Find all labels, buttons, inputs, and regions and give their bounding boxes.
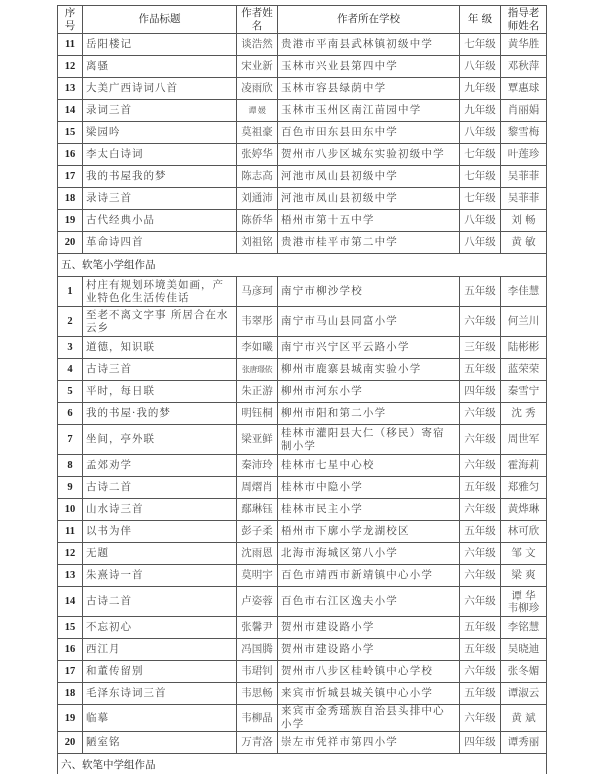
school-cell: 河池市凤山县初级中学 <box>278 188 460 210</box>
seq-cell: 18 <box>58 683 83 705</box>
school-cell: 南宁市兴宁区平云路小学 <box>278 337 460 359</box>
author-cell: 韦柳晶 <box>237 705 278 732</box>
title-cell: 坐间，亭外联 <box>83 425 237 455</box>
school-cell: 玉林市兴业县第四中学 <box>278 56 460 78</box>
teacher-cell: 陆彬彬 <box>501 337 547 359</box>
seq-cell: 3 <box>58 337 83 359</box>
author-cell: 冯国腾 <box>237 639 278 661</box>
grade-cell: 六年级 <box>460 661 501 683</box>
section-heading-primary-soft-brush-row: 五、软笔小学组作品 <box>58 254 547 277</box>
table-row: 18录诗三首刘通沛河池市凤山县初级中学七年级吴菲菲 <box>58 188 547 210</box>
title-cell: 我的书屋我的梦 <box>83 166 237 188</box>
grade-cell: 五年级 <box>460 639 501 661</box>
teacher-cell: 霍海莉 <box>501 455 547 477</box>
author-cell: 梁亚鲜 <box>237 425 278 455</box>
grade-cell: 四年级 <box>460 381 501 403</box>
header-seq: 序号 <box>58 6 83 34</box>
grade-cell: 六年级 <box>460 587 501 617</box>
title-cell: 和董传留别 <box>83 661 237 683</box>
school-cell: 梧州市下廓小学龙湖校区 <box>278 521 460 543</box>
school-cell: 贵港市平南县武林镇初级中学 <box>278 34 460 56</box>
teacher-cell: 张冬媚 <box>501 661 547 683</box>
author-cell: 刘通沛 <box>237 188 278 210</box>
seq-cell: 15 <box>58 122 83 144</box>
table-row: 20革命诗四首刘祖铭贵港市桂平市第二中学八年级黄 敏 <box>58 232 547 254</box>
grade-cell: 五年级 <box>460 277 501 307</box>
seq-cell: 8 <box>58 455 83 477</box>
teacher-cell: 郑雅匀 <box>501 477 547 499</box>
teacher-cell: 李佳慧 <box>501 277 547 307</box>
header-teacher: 指导老师姓名 <box>501 6 547 34</box>
author-cell: 卢姿蓉 <box>237 587 278 617</box>
title-cell: 古诗二首 <box>83 477 237 499</box>
header-title: 作品标题 <box>83 6 237 34</box>
table-row: 3道德，知识联李如曦南宁市兴宁区平云路小学三年级陆彬彬 <box>58 337 547 359</box>
table-row: 15梁园吟莫祖豪百色市田东县田东中学八年级黎雪梅 <box>58 122 547 144</box>
grade-cell: 八年级 <box>460 56 501 78</box>
table-row: 1村庄有规划环境美如画，产业特色化生活传佳话马彦珂南宁市柳沙学校五年级李佳慧 <box>58 277 547 307</box>
table-row: 14录词三首谭 媛玉林市玉州区南江苗园中学九年级肖丽娟 <box>58 100 547 122</box>
title-cell: 临摹 <box>83 705 237 732</box>
school-cell: 贺州市八步区城东实验初级中学 <box>278 144 460 166</box>
teacher-cell: 秦雪宁 <box>501 381 547 403</box>
seq-cell: 10 <box>58 499 83 521</box>
table-row: 6我的书屋·我的梦明钰桐柳州市阳和第二小学六年级沈 秀 <box>58 403 547 425</box>
title-cell: 孟郊劝学 <box>83 455 237 477</box>
table-row: 16李太白诗词张婷华贺州市八步区城东实验初级中学七年级叶莲珍 <box>58 144 547 166</box>
teacher-cell: 肖丽娟 <box>501 100 547 122</box>
school-cell: 南宁市马山县同富小学 <box>278 307 460 337</box>
grade-cell: 六年级 <box>460 425 501 455</box>
author-cell: 韦翠彤 <box>237 307 278 337</box>
school-cell: 桂林市七星中心校 <box>278 455 460 477</box>
school-cell: 柳州市阳和第二小学 <box>278 403 460 425</box>
seq-cell: 16 <box>58 639 83 661</box>
seq-cell: 14 <box>58 587 83 617</box>
table-row: 20陋室铭万青洛崇左市凭祥市第四小学四年级谭秀丽 <box>58 732 547 754</box>
title-cell: 我的书屋·我的梦 <box>83 403 237 425</box>
author-cell: 陈侨华 <box>237 210 278 232</box>
school-cell: 来宾市忻城县城关镇中心小学 <box>278 683 460 705</box>
table-row: 13大美广西诗词八首凌雨欣玉林市容县绿荫中学九年级覃惠球 <box>58 78 547 100</box>
author-cell: 宋业新 <box>237 56 278 78</box>
header-school: 作者所在学校 <box>278 6 460 34</box>
school-cell: 南宁市柳沙学校 <box>278 277 460 307</box>
school-cell: 北海市海城区第八小学 <box>278 543 460 565</box>
table-row: 14古诗二首卢姿蓉百色市右江区逸夫小学六年级谭 华 韦柳珍 <box>58 587 547 617</box>
title-cell: 古诗三首 <box>83 359 237 381</box>
teacher-cell: 覃惠球 <box>501 78 547 100</box>
grade-cell: 四年级 <box>460 732 501 754</box>
seq-cell: 17 <box>58 661 83 683</box>
seq-cell: 2 <box>58 307 83 337</box>
author-cell: 周熠肖 <box>237 477 278 499</box>
school-cell: 玉林市容县绿荫中学 <box>278 78 460 100</box>
seq-cell: 17 <box>58 166 83 188</box>
title-cell: 岳阳楼记 <box>83 34 237 56</box>
title-cell: 录诗三首 <box>83 188 237 210</box>
teacher-cell: 邹 文 <box>501 543 547 565</box>
seq-cell: 5 <box>58 381 83 403</box>
teacher-cell: 吴菲菲 <box>501 166 547 188</box>
author-cell: 鄢琳钰 <box>237 499 278 521</box>
seq-cell: 13 <box>58 565 83 587</box>
grade-cell: 三年级 <box>460 337 501 359</box>
teacher-cell: 蓝荣荣 <box>501 359 547 381</box>
seq-cell: 4 <box>58 359 83 381</box>
grade-cell: 五年级 <box>460 521 501 543</box>
grade-cell: 五年级 <box>460 359 501 381</box>
author-cell: 韦珺钊 <box>237 661 278 683</box>
table-row: 19临摹韦柳晶来宾市金秀瑶族自治县头排中心小学六年级黄 斌 <box>58 705 547 732</box>
seq-cell: 14 <box>58 100 83 122</box>
teacher-cell: 谭淑云 <box>501 683 547 705</box>
school-cell: 梧州市第十五中学 <box>278 210 460 232</box>
table-row: 7坐间，亭外联梁亚鲜桂林市灌阳县大仁（移民）寄宿制小学六年级周世军 <box>58 425 547 455</box>
header-author: 作者姓名 <box>237 6 278 34</box>
teacher-cell: 叶莲珍 <box>501 144 547 166</box>
title-cell: 离骚 <box>83 56 237 78</box>
title-cell: 古代经典小品 <box>83 210 237 232</box>
table-row: 17和董传留别韦珺钊贺州市八步区桂岭镇中心学校六年级张冬媚 <box>58 661 547 683</box>
grade-cell: 九年级 <box>460 100 501 122</box>
grade-cell: 七年级 <box>460 34 501 56</box>
table-row: 11以书为伴彭子柔梧州市下廓小学龙湖校区五年级林可欣 <box>58 521 547 543</box>
title-cell: 陋室铭 <box>83 732 237 754</box>
seq-cell: 15 <box>58 617 83 639</box>
author-cell: 凌雨欣 <box>237 78 278 100</box>
grade-cell: 九年级 <box>460 78 501 100</box>
school-cell: 玉林市玉州区南江苗园中学 <box>278 100 460 122</box>
author-cell: 朱正游 <box>237 381 278 403</box>
table-row: 12无题沈雨恩北海市海城区第八小学六年级邹 文 <box>58 543 547 565</box>
title-cell: 平时，每日联 <box>83 381 237 403</box>
table-row: 9古诗二首周熠肖桂林市中隐小学五年级郑雅匀 <box>58 477 547 499</box>
title-cell: 山水诗三首 <box>83 499 237 521</box>
title-cell: 革命诗四首 <box>83 232 237 254</box>
grade-cell: 六年级 <box>460 403 501 425</box>
title-cell: 录词三首 <box>83 100 237 122</box>
title-cell: 西江月 <box>83 639 237 661</box>
teacher-cell: 沈 秀 <box>501 403 547 425</box>
teacher-cell: 邓秋萍 <box>501 56 547 78</box>
table-body: 11岳阳楼记谈浩然贵港市平南县武林镇初级中学七年级黄华胜12离骚宋业新玉林市兴业… <box>58 34 547 774</box>
seq-cell: 16 <box>58 144 83 166</box>
grade-cell: 七年级 <box>460 144 501 166</box>
teacher-cell: 吴晓迪 <box>501 639 547 661</box>
seq-cell: 19 <box>58 705 83 732</box>
title-cell: 朱熹诗一首 <box>83 565 237 587</box>
teacher-cell: 黎雪梅 <box>501 122 547 144</box>
author-cell: 张馨尹 <box>237 617 278 639</box>
table-row: 11岳阳楼记谈浩然贵港市平南县武林镇初级中学七年级黄华胜 <box>58 34 547 56</box>
seq-cell: 6 <box>58 403 83 425</box>
teacher-cell: 吴菲菲 <box>501 188 547 210</box>
seq-cell: 13 <box>58 78 83 100</box>
grade-cell: 六年级 <box>460 499 501 521</box>
author-cell: 谭 媛 <box>237 100 278 122</box>
school-cell: 百色市田东县田东中学 <box>278 122 460 144</box>
title-cell: 无题 <box>83 543 237 565</box>
grade-cell: 八年级 <box>460 232 501 254</box>
school-cell: 百色市靖西市新靖镇中心小学 <box>278 565 460 587</box>
teacher-cell: 黄华胜 <box>501 34 547 56</box>
table-row: 4古诗三首张唐璟依柳州市鹿寨县城南实验小学五年级蓝荣荣 <box>58 359 547 381</box>
seq-cell: 20 <box>58 732 83 754</box>
teacher-cell: 黄 敏 <box>501 232 547 254</box>
author-cell: 陈志高 <box>237 166 278 188</box>
teacher-cell: 谭秀丽 <box>501 732 547 754</box>
table-row: 18毛泽东诗词三首韦思畅来宾市忻城县城关镇中心小学五年级谭淑云 <box>58 683 547 705</box>
school-cell: 桂林市中隐小学 <box>278 477 460 499</box>
seq-cell: 7 <box>58 425 83 455</box>
table-row: 15不忘初心张馨尹贺州市建设路小学五年级李铭慧 <box>58 617 547 639</box>
grade-cell: 七年级 <box>460 188 501 210</box>
section-heading-primary-soft-brush: 五、软笔小学组作品 <box>58 254 547 277</box>
teacher-cell: 刘 畅 <box>501 210 547 232</box>
school-cell: 桂林市民主小学 <box>278 499 460 521</box>
title-cell: 梁园吟 <box>83 122 237 144</box>
title-cell: 道德，知识联 <box>83 337 237 359</box>
author-cell: 莫明宇 <box>237 565 278 587</box>
seq-cell: 12 <box>58 543 83 565</box>
author-cell: 明钰桐 <box>237 403 278 425</box>
seq-cell: 18 <box>58 188 83 210</box>
title-cell: 古诗二首 <box>83 587 237 617</box>
grade-cell: 五年级 <box>460 683 501 705</box>
author-cell: 马彦珂 <box>237 277 278 307</box>
seq-cell: 11 <box>58 34 83 56</box>
table-row: 10山水诗三首鄢琳钰桂林市民主小学六年级黄烨琳 <box>58 499 547 521</box>
title-cell: 毛泽东诗词三首 <box>83 683 237 705</box>
table-row: 5平时，每日联朱正游柳州市河东小学四年级秦雪宁 <box>58 381 547 403</box>
seq-cell: 1 <box>58 277 83 307</box>
header-grade: 年 级 <box>460 6 501 34</box>
school-cell: 崇左市凭祥市第四小学 <box>278 732 460 754</box>
author-cell: 刘祖铭 <box>237 232 278 254</box>
teacher-cell: 黄烨琳 <box>501 499 547 521</box>
author-cell: 李如曦 <box>237 337 278 359</box>
grade-cell: 六年级 <box>460 565 501 587</box>
author-cell: 谈浩然 <box>237 34 278 56</box>
teacher-cell: 黄 斌 <box>501 705 547 732</box>
school-cell: 柳州市鹿寨县城南实验小学 <box>278 359 460 381</box>
grade-cell: 六年级 <box>460 307 501 337</box>
title-cell: 李太白诗词 <box>83 144 237 166</box>
table-row: 17我的书屋我的梦陈志高河池市凤山县初级中学七年级吴菲菲 <box>58 166 547 188</box>
grade-cell: 六年级 <box>460 705 501 732</box>
author-cell: 秦沛玲 <box>237 455 278 477</box>
table-header-row: 序号 作品标题 作者姓名 作者所在学校 年 级 指导老师姓名 <box>58 6 547 34</box>
section-heading-middle-soft-brush: 六、软笔中学组作品 <box>58 754 547 774</box>
school-cell: 来宾市金秀瑶族自治县头排中心小学 <box>278 705 460 732</box>
title-cell: 大美广西诗词八首 <box>83 78 237 100</box>
grade-cell: 五年级 <box>460 477 501 499</box>
author-cell: 沈雨恩 <box>237 543 278 565</box>
school-cell: 百色市右江区逸夫小学 <box>278 587 460 617</box>
author-cell: 张唐璟依 <box>237 359 278 381</box>
school-cell: 贺州市建设路小学 <box>278 617 460 639</box>
school-cell: 柳州市河东小学 <box>278 381 460 403</box>
grade-cell: 六年级 <box>460 455 501 477</box>
title-cell: 以书为伴 <box>83 521 237 543</box>
seq-cell: 12 <box>58 56 83 78</box>
teacher-cell: 何兰川 <box>501 307 547 337</box>
grade-cell: 六年级 <box>460 543 501 565</box>
school-cell: 桂林市灌阳县大仁（移民）寄宿制小学 <box>278 425 460 455</box>
school-cell: 贺州市八步区桂岭镇中心学校 <box>278 661 460 683</box>
seq-cell: 19 <box>58 210 83 232</box>
table-row: 12离骚宋业新玉林市兴业县第四中学八年级邓秋萍 <box>58 56 547 78</box>
seq-cell: 20 <box>58 232 83 254</box>
author-cell: 万青洛 <box>237 732 278 754</box>
school-cell: 贺州市建设路小学 <box>278 639 460 661</box>
teacher-cell: 梁 爽 <box>501 565 547 587</box>
author-cell: 莫祖豪 <box>237 122 278 144</box>
grade-cell: 八年级 <box>460 122 501 144</box>
table-row: 16西江月冯国腾贺州市建设路小学五年级吴晓迪 <box>58 639 547 661</box>
seq-cell: 9 <box>58 477 83 499</box>
title-cell: 村庄有规划环境美如画，产业特色化生活传佳话 <box>83 277 237 307</box>
author-cell: 韦思畅 <box>237 683 278 705</box>
table-row: 19古代经典小品陈侨华梧州市第十五中学八年级刘 畅 <box>58 210 547 232</box>
grade-cell: 五年级 <box>460 617 501 639</box>
teacher-cell: 谭 华 韦柳珍 <box>501 587 547 617</box>
author-cell: 张婷华 <box>237 144 278 166</box>
table-row: 2至老不离文字事 所居合在水云乡韦翠彤南宁市马山县同富小学六年级何兰川 <box>58 307 547 337</box>
award-table: 序号 作品标题 作者姓名 作者所在学校 年 级 指导老师姓名 11岳阳楼记谈浩然… <box>57 5 547 774</box>
section-heading-middle-soft-brush-row: 六、软笔中学组作品 <box>58 754 547 774</box>
grade-cell: 八年级 <box>460 210 501 232</box>
table-row: 13朱熹诗一首莫明宇百色市靖西市新靖镇中心小学六年级梁 爽 <box>58 565 547 587</box>
title-cell: 不忘初心 <box>83 617 237 639</box>
table-row: 8孟郊劝学秦沛玲桂林市七星中心校六年级霍海莉 <box>58 455 547 477</box>
author-cell: 彭子柔 <box>237 521 278 543</box>
seq-cell: 11 <box>58 521 83 543</box>
teacher-cell: 周世军 <box>501 425 547 455</box>
grade-cell: 七年级 <box>460 166 501 188</box>
teacher-cell: 李铭慧 <box>501 617 547 639</box>
school-cell: 贵港市桂平市第二中学 <box>278 232 460 254</box>
title-cell: 至老不离文字事 所居合在水云乡 <box>83 307 237 337</box>
teacher-cell: 林可欣 <box>501 521 547 543</box>
school-cell: 河池市凤山县初级中学 <box>278 166 460 188</box>
